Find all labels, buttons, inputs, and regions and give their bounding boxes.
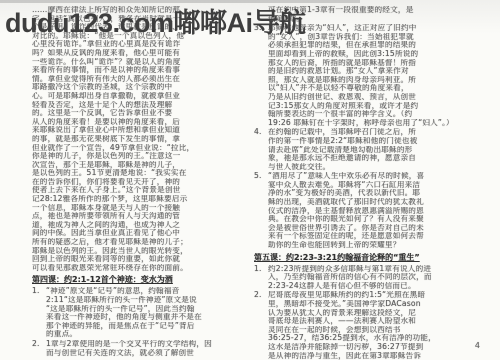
text-line: 与世人彼此交往。 [268, 163, 486, 172]
text-line: 耶稣是以色列的王。因此当世人的眼光转变， [32, 247, 245, 256]
text-line: “神迹”原文是“记号”的意思，约翰福音 [46, 287, 245, 296]
text-line: 典。在教会中你的眼光如何了？有人没有来聚 [268, 215, 486, 224]
left-body-paragraph: ……摩西在律法上所写的和众先知所记的那字，包括“真以色列人”，雅各在当时就是一个… [32, 6, 245, 272]
lesson-4-heading: 第四课：约2:1-12首个神迹：变水为酒 [32, 275, 245, 285]
list-item: 1.约2:23所提到的众多信耶稣与第1章有说人的进入，乃至约翰福音所信的信心有不… [254, 265, 486, 291]
list-item: 2.1章与2章使用的是一个交叉平行的文学结构，因而与创世记有关连的文法，就必须了… [32, 340, 245, 357]
text-line: 所有的疑惑之后，他才看见耶稣是神的儿子； [32, 238, 245, 247]
list-item: 1.“神迹”原文是“记号”的意思，约翰福音2:11“这是耶稣所行的头一件神迹”原… [32, 287, 245, 339]
text-line: 19:26 耶稣钉在十字架时，称呼母亲也用了“妇人”。） [268, 119, 486, 128]
text-line: 次宣告，那个王是耶稣，耶稣是神的儿子， [32, 161, 245, 170]
text-line: 是从神的洁净与重生，因此在第3章耶稣告诉 [268, 352, 486, 360]
text-line: 尼哥底母夜里见耶稣所约的约1:5“光照在黑暗 [268, 291, 486, 300]
page-number: 4 [475, 341, 480, 350]
text-line: 宴中众人散去难免。耶稣将“六口石缸用来洁 [268, 181, 486, 190]
text-line: 记28:12雅各所作的那个梦，这里耶稣要启示 [32, 195, 245, 204]
text-line: 作的第一件事情是2:2“耶稣和他的门徒也被 [268, 137, 486, 146]
list-item-number: 4. [254, 128, 268, 137]
list-item-number: 1. [254, 265, 268, 274]
text-line: 道，祂成为神人之间的沟通，也成为神人之 [32, 221, 245, 230]
text-line: 一个信息，耶稣本身就是天与人的一个接触 [32, 204, 245, 213]
list-item: 4.在约翰的记载中，当耶稣呼召门徒之后，所作的第一件事情是2:2“耶稣和他的门徒… [254, 128, 486, 171]
text-line: 灵同在在一起的时候，会想到以西结书 [268, 326, 486, 335]
numbered-notes-list: 3.耶稣称他母亲为“妇人”，这正对应了旧约中的“女人”，创3章告诉我们：当始祖犯… [254, 24, 486, 249]
text-line: 2:11“这是耶稣所行的头一件神迹”原文是说 [46, 296, 245, 305]
text-line: 一些诡诈。什么叫“诡诈”？就是以人的角度 [32, 58, 245, 67]
text-line: 会是被世俗世界引诱去了。你是否对自己的未 [268, 224, 486, 233]
text-line: 在的告诉你们，你们将要看见天开了，神的 [32, 178, 245, 187]
text-line: 情。拿但业觉得所有伟大的人都必须出生在 [32, 75, 245, 84]
text-line: “这是耶稣所行的头一件记号”，因此当约翰 [46, 305, 245, 314]
text-line: 1章与2章使用的是一个交叉平行的文学结构，因 [46, 340, 245, 349]
text-line: 的事，就是那无花果树底下发生的事情，拿 [32, 135, 245, 144]
text-line: 请去赴席”此处记载清楚地勾勒出耶稣的形 [268, 146, 486, 155]
list-item-number: 1. [32, 287, 46, 296]
lesson-4-list: 1.“神迹”原文是“记号”的意思，约翰福音2:11“这是耶稣所行的头一件神迹”原… [32, 287, 245, 357]
text-line: 那个神迹的异能，而是焦点在于“记号”背后 [46, 322, 245, 331]
text-line: 心。可是耶稣却出身自拿撒勒，就被拿但业 [32, 92, 245, 101]
text-line: 记3:15那女人的角度对照来看，或许才是约 [268, 102, 486, 111]
text-line: 从人的角度来看！是要以神的角度来看，后 [32, 118, 245, 127]
list-item-text: “神迹”原文是“记号”的意思，约翰福音2:11“这是耶稣所行的头一件神迹”原文是… [46, 287, 245, 339]
text-line: 乃是从旧约创世记、救恩观、预言，从创世 [268, 93, 486, 102]
text-line: 这水是洁净并能除掉一切污秽，36:27节提到 [268, 343, 486, 352]
text-line: 稣的出现，美酒就取代了那旧时代的犹太教礼 [268, 198, 486, 207]
text-line: 是以色列的王。51节更清楚地说：“我实实在 [32, 169, 245, 178]
text-line: 来看这一件神迹时，他的角度与侧重并不是在 [46, 313, 245, 322]
list-item-text: 在约翰的记载中，当耶稣呼召门徒之后，所作的第一件事情是2:2“耶稣和他的门徒也被… [268, 128, 486, 171]
text-line: 间的中保。因此当拿但业真正看见了他心中 [32, 229, 245, 238]
list-item-text: 尼哥底母夜里见耶稣所约的约1:5“光照在黑暗里，黑暗却不接受光。”美国神学家DA… [268, 291, 486, 360]
text-line: 心里没有诡诈。”拿但业的心里真是没有诡诈 [32, 40, 245, 49]
text-line: 助你的生命也能回转到上帝的荣耀里？ [268, 241, 486, 250]
text-line: 在约翰的记载中，当耶稣呼召门徒之后，所 [268, 128, 486, 137]
list-item-text: 约2:23所提到的众多信耶稣与第1章有说人的进入，乃至约翰福音所信的信心有不同的… [268, 265, 486, 291]
text-line: 你是神的儿子，你是以色列的王。”注意这一 [32, 152, 245, 161]
text-line: 来耶稣说出了拿但业心中所想和拿但业知道 [32, 126, 245, 135]
text-line: 象，祂是那永远不拒绝邀请的神，愿意亲自 [268, 154, 486, 163]
list-item: 5.“酒用尽了”意味人生中欢乐必有尽的时候，喜宴中众人散去难免。耶稣将“六口石缸… [254, 172, 486, 249]
text-line: 36:25-27，结36:25提到水，水有洁净的功能， [268, 334, 486, 343]
text-line: 轻看及否定，这是十足个人的想法及理解 [32, 101, 245, 110]
list-item: 2.尼哥底母夜里见耶稣所约的约1:5“光照在黑暗里，黑暗却不接受光。”美国神学家… [254, 291, 486, 360]
text-line: 回到上帝的眼光来看同等的重要，如此你就 [32, 255, 245, 264]
text-line: 而与创世记有关连的文法，就必须了解创世 [46, 349, 245, 358]
text-line: 可以看见那救恩荣光常驻环绕存在你的面前。 [32, 264, 245, 273]
text-line: 里，黑暗却不接受光。”美国神学家DACason [268, 300, 486, 309]
text-line: 点，祂也是神所要带领所有人与天沟通的管 [32, 212, 245, 221]
left-column: ……摩西在律法上所写的和众先知所记的那字，包括“真以色列人”，雅各在当时就是一个… [32, 6, 245, 357]
text-line: 约2:23所提到的众多信耶稣与第1章有说人的进 [268, 265, 486, 274]
text-line: 吗？如果从反讽的角度来看，他心里可能有 [32, 49, 245, 58]
text-line: 仪式的洁净，是主基督释放恩惠满溢所赐的恩 [268, 207, 486, 216]
text-line: 必须承担犯罪的结果，但在承担罪的结果的 [268, 41, 486, 50]
lesson-5-list: 1.约2:23所提到的众多信耶稣与第1章有说人的进入，乃至约翰福音所信的信心有不… [254, 265, 486, 360]
scanned-document-page: dudu123.com嘟嘟Ai导航 ……摩西在律法上所写的和众先知所记的那字，包… [0, 0, 500, 360]
text-line: 那女人的后裔，所指的就是耶稣基督！所指 [268, 59, 486, 68]
text-line: 翰所要表达的一个很丰富的神学含义。（约 [268, 110, 486, 119]
text-line: 哥底母是法利赛人，——法利赛人盼望水和 [268, 317, 486, 326]
text-line: 的重点。 [46, 330, 245, 339]
text-line: 的是旧约的救恩计划。那“女人”拿来作对 [268, 67, 486, 76]
text-line: 2:23-24这群人是有信心但不够的信而已。 [268, 282, 486, 291]
text-line: 入，乃至约翰福音所信的信心有不同的层次，而 [268, 273, 486, 282]
text-line: 耶路撒冷这个宗教的圣城，这个宗教的中 [32, 83, 245, 92]
text-line: 认为要从犹太人的背景来理解这段经文，尼 [268, 309, 486, 318]
list-item-number: 5. [254, 172, 268, 181]
text-line: 里面却看到上帝的救赎，因此创3:15所说的 [268, 50, 486, 59]
list-item-text: 1章与2章使用的是一个交叉平行的文学结构，因而与创世记有关连的文法，就必须了解创… [46, 340, 245, 357]
watermark-text: dudu123.com嘟嘟Ai导航 [5, 1, 306, 40]
list-item-number: 2. [254, 291, 268, 300]
list-item-number: 2. [32, 340, 46, 349]
text-line: 净的水”变为极好的美酒，代表以新代旧。耶 [268, 189, 486, 198]
text-line: 来看所有的事情，而不是以神的角度来看事 [32, 66, 245, 75]
text-line: 的。这里是一个反讽，它告诉拿但业不要 [32, 109, 245, 118]
text-line: 以“妇人”并不是以轻不尊敬的角度来看， [268, 84, 486, 93]
text-line: 来有一个标签固定住的呢，还是愿意如何去帮 [268, 232, 486, 241]
right-column: 可在约中第1-3章有一段很重要的经文，是创第2章。 3.耶稣称他母亲为“妇人”，… [254, 6, 486, 360]
text-line: 但业就作了一个宣告，49节拿但业说：“拉比， [32, 144, 245, 153]
list-item-text: “酒用尽了”意味人生中欢乐必有尽的时候，喜宴中众人散去难免。耶稣将“六口石缸用来… [268, 172, 486, 249]
text-line: 使者上去下来在人子身上。”这个背景是创世 [32, 186, 245, 195]
lesson-5-heading: 第五课：约2:23-3:21约翰福音论释的“重生” [254, 253, 486, 263]
text-line: “酒用尽了”意味人生中欢乐必有尽的时候，喜 [268, 172, 486, 181]
text-line: 照，那女人就是耶稣的肉身母亲玛利亚。所 [268, 76, 486, 85]
